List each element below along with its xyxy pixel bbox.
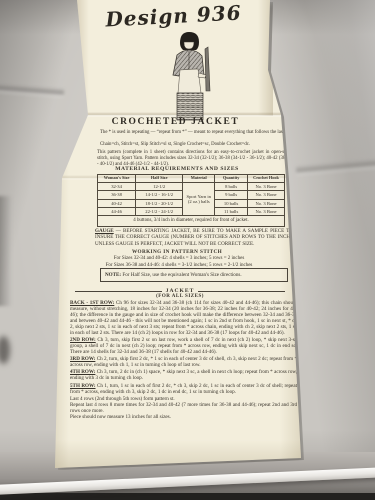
hook-cell: No. 3 Bone (248, 182, 285, 190)
quantity-cell: 9 balls (215, 191, 248, 199)
buttons-note: 4 buttons, 3/4 inch in diameter, require… (98, 216, 285, 227)
half-size-cell: 18-1/2 - 20-1/2 (136, 199, 183, 207)
quantity-cell: 10 balls (215, 199, 248, 207)
col-material: Material (183, 175, 215, 183)
instruction-paragraph: 4TH ROW: Ch 3, turn, 2 dc in (ch 1) spac… (70, 370, 297, 382)
asterisk-usage-note: The * is used in repeating — “repeat fro… (100, 130, 290, 136)
fabric-crease (0, 196, 12, 306)
materials-heading: MATERIAL REQUIREMENTS AND SIZES (77, 166, 277, 172)
pattern-sheet: Design 936 (55, 0, 301, 469)
pattern-description: This pattern (complete in 1 sheet) conta… (97, 150, 293, 167)
materials-table: Woman's Size Half Size Material Quantity… (97, 174, 285, 227)
col-womans-size: Woman's Size (98, 175, 136, 183)
row-text: Ch 3, turn, skip first 2 sc on last row,… (70, 337, 297, 355)
working-pattern-heading: WORKING IN PATTERN STITCH (77, 249, 277, 255)
row-text: Ch 1, turn, 1 sc in each of first 2 dc, … (70, 383, 297, 395)
table-row: 32-34 12-1/2 Sport Yarn in (2 oz.) balls… (98, 182, 285, 190)
table-header-row: Woman's Size Half Size Material Quantity… (98, 175, 285, 183)
instructions: BACK - 1ST ROW: Ch 96 for sizes 32-34 an… (70, 301, 297, 421)
hook-cell: No. 3 Bone (248, 199, 285, 207)
col-crochet-hook: Crochet Hook (248, 175, 285, 183)
photo-bottom-edge (0, 493, 375, 500)
instruction-paragraph: 5TH ROW: Ch 1, turn, 1 sc in each of fir… (70, 384, 297, 396)
gauge-text: — BEFORE STARTING JACKET, BE SURE TO MAK… (95, 228, 293, 247)
col-quantity: Quantity (215, 175, 248, 183)
note-label: NOTE: (105, 272, 121, 278)
hook-cell: No. 3 Bone (248, 191, 285, 199)
row-text: Ch 2, turn, skip first 2 dc, * 1 sc in e… (70, 356, 297, 368)
note-text: For Half Size, use the equivalent Woman'… (122, 272, 241, 278)
size-cell: 44-46 (98, 207, 136, 215)
half-size-cell: 22-1/2 - 24-1/2 (136, 207, 183, 215)
material-cell: Sport Yarn in (2 oz.) balls (183, 182, 215, 215)
row-text: Ch 3, turn, 2 dc in (ch 1) space, * skip… (70, 369, 297, 381)
buttons-note-row: 4 buttons, 3/4 inch in diameter, require… (98, 216, 285, 227)
heading-rule (75, 291, 162, 292)
row-text: Ch 96 for sizes 32-34 and 36-38 (ch 114 … (70, 300, 297, 336)
instruction-paragraph: 2ND ROW: Ch 3, turn, skip first 2 sc on … (70, 338, 297, 356)
size-cell: 36-38 (98, 191, 136, 199)
size-cell: 32-34 (98, 182, 136, 190)
col-half-size: Half Size (136, 175, 183, 183)
instruction-paragraph: 3RD ROW: Ch 2, turn, skip first 2 dc, * … (70, 357, 297, 369)
gauge-paragraph: GAUGE — BEFORE STARTING JACKET, BE SURE … (95, 228, 293, 247)
half-size-note-box: NOTE: For Half Size, use the equivalent … (100, 268, 288, 282)
instruction-paragraph: BACK - 1ST ROW: Ch 96 for sizes 32-34 an… (70, 301, 297, 336)
woman-jacket-illustration (153, 31, 225, 126)
closing-line: Piece should now measure 13 inches for a… (70, 415, 297, 421)
hook-cell: No. 3 Bone (248, 207, 285, 215)
size-cell: 40-42 (98, 199, 136, 207)
for-all-sizes-subheading: (FOR ALL SIZES) (75, 294, 285, 299)
closing-lines: Last 4 rows (2nd through 5th rows) form … (70, 397, 297, 421)
quantity-cell: 8 balls (215, 182, 248, 190)
half-size-cell: 14-1/2 - 16-1/2 (136, 191, 183, 199)
abbreviation-key: Chain=ch, Stitch=st, Slip Stitch=sl st, … (100, 142, 290, 148)
heading-rule (198, 291, 285, 292)
half-size-cell: 12-1/2 (136, 182, 183, 190)
quantity-cell: 11 balls (215, 207, 248, 215)
pattern-title: CROCHETED JACKET (77, 117, 274, 127)
